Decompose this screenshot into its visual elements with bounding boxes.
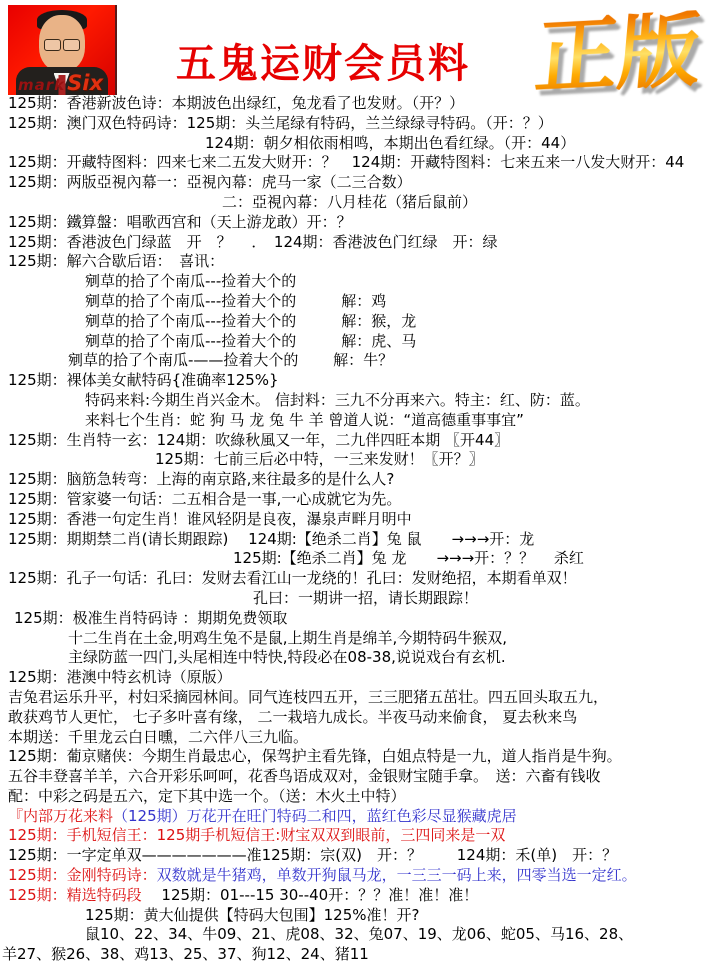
text-line: 125期：葡京赌侠：今期生肖最忠心，保驾护主看先锋，白姐点特是一九，道人指肖是牛… (0, 747, 725, 767)
text-segment: 125期：生肖特一玄：124期：吹綠秋風又一年，二九伴四旺本期 〖开44〗 (8, 431, 509, 449)
text-segment: 剜草的拾了个南瓜---捡着大个的 (85, 272, 296, 290)
glasses-right-lens (63, 39, 80, 51)
text-line: 125期：裸体美女献特码{准确率125%} (0, 371, 725, 391)
text-line: 125期：生肖特一玄：124期：吹綠秋風又一年，二九伴四旺本期 〖开44〗 (0, 431, 725, 451)
text-line: 125期：港澳中特玄机诗（原版） (0, 668, 725, 688)
text-segment: 125期：澳门双色特码诗：125期：头兰尾绿有特码，兰兰绿绿寻特码。（开：？） (8, 114, 553, 132)
photo-caption-six: Six (67, 71, 103, 95)
text-segment: 五谷丰登喜羊羊，六合开彩乐呵呵，花香鸟语成双对，金银财宝随手拿。 送：六畜有钱收 (8, 767, 601, 785)
text-segment: 125期：极准生肖特码诗 ：期期免费领取 (14, 609, 287, 627)
text-segment: （125期）万花开在旺门特码二和四，蓝红色彩尽显猴藏虎居 (113, 807, 517, 825)
text-line: 吉兔君运乐升平，村妇采摘园林间。同气连枝四五开，三三肥猪五茁壮。四五回头取五九， (0, 688, 725, 708)
text-segment: 孔曰：一期讲一招，请长期跟踪！ (253, 589, 478, 607)
text-line: 125期：期期禁二肖(请长期跟踪) 124期:【绝杀二肖】兔 鼠 →→→开：龙 (0, 530, 725, 550)
text-segment: 125期：解六合歇后语： 喜讯： (8, 252, 224, 270)
text-line: 剜草的拾了个南瓜---捡着大个的 解：虎、马 (0, 332, 725, 352)
text-line: 孔曰：一期讲一招，请长期跟踪！ (0, 589, 725, 609)
text-line: 『内部万花来料（125期）万花开在旺门特码二和四，蓝红色彩尽显猴藏虎居 (0, 807, 725, 827)
text-segment: 剜草的拾了个南瓜---捡着大个的 解：猴，龙 (85, 312, 416, 330)
text-segment: 125期：开藏特图料：四来七来二五发大财开：？ 124期：开藏特图料：七来五来一… (8, 153, 684, 171)
text-segment: 125期：两版亞視內幕一：亞視內幕：虎马一家（二三合数） (8, 173, 412, 191)
text-line: 敢获鸡节人更忙， 七子多叶喜有缘， 二一栽培九成长。半夜马动来偷食， 夏去秋来鸟 (0, 708, 725, 728)
photo-caption-mark: mark (18, 76, 65, 94)
text-segment: 剜草的拾了个南瓜---捡着大个的 解：虎、马 (85, 332, 416, 350)
text-segment: 配：中彩之码是五六，定下其中选一个。（送：木火土中特） (8, 787, 406, 805)
text-line: 125期：鐵算盤：唱歌西宫和（天上游龙敢）开：？ (0, 213, 725, 233)
text-line: 125期：香港新波色诗：本期波色出绿红，兔龙看了也发财。（开？） (0, 94, 725, 114)
text-segment: 125期：脑筋急转弯：上海的南京路,来往最多的是什么人? (8, 470, 394, 488)
page-title: 五鬼运财会员料 (176, 32, 470, 89)
content-lines: 125期：香港新波色诗：本期波色出绿红，兔龙看了也发财。（开？）125期：澳门双… (0, 94, 725, 965)
text-segment: 125期：手机短信王：125期手机短信王:财宝双双到眼前，三四同来是一双 (8, 826, 505, 844)
text-line: 本期送：千里龙云白日曛，二六伴八三九临。 (0, 728, 725, 748)
text-line: 125期：脑筋急转弯：上海的南京路,来往最多的是什么人? (0, 470, 725, 490)
text-segment: 125期：01---15 30--40开：？？准！准！准！ (142, 886, 479, 904)
text-line: 125期：香港一句定生肖！谁风轻阴是良夜，瀑泉声畔月明中 (0, 510, 725, 530)
text-line: 主绿防蓝一四门,头尾相连中特快,特段必在08-38,说说戏台有玄机. (0, 648, 725, 668)
text-line: 125期：香港波色门绿蓝 开 ？ ． 124期：香港波色门红绿 开：绿 (0, 233, 725, 253)
text-line: 125期：七前三后必中特，一三来发财！〖开？〗 (0, 450, 725, 470)
text-segment: 来料七个生肖：蛇 狗 马 龙 兔 牛 羊 曾道人说：“道高德重事事宜” (85, 411, 524, 429)
text-segment: 125期：葡京赌侠：今期生肖最忠心，保驾护主看先锋，白姐点特是一九，道人指肖是牛… (8, 747, 622, 765)
glasses-left-lens (44, 39, 61, 51)
text-segment: 125期:【绝杀二肖】兔 龙 →→→开：？？ 杀红 (233, 549, 584, 567)
text-segment: 125期：裸体美女献特码{准确率125%} (8, 371, 279, 389)
text-line: 125期：极准生肖特码诗 ：期期免费领取 (0, 609, 725, 629)
text-segment: 125期：金刚特码诗： (8, 866, 157, 884)
text-line: 鼠10、22、34、牛09、21、虎08、32、兔07、19、龙06、蛇05、马… (0, 925, 725, 945)
text-line: 剜草的拾了个南瓜---捡着大个的 解：鸡 (0, 292, 725, 312)
text-segment: 二：亞視內幕：八月桂花（猪后鼠前） (222, 193, 477, 211)
text-segment: 125期：香港新波色诗：本期波色出绿红，兔龙看了也发财。（开？） (8, 94, 464, 112)
text-segment: 特码来料:今期生肖兴金木。 信封料：三九不分再来六。特主：红、防：蓝。 (85, 391, 590, 409)
text-segment: 125期：七前三后必中特，一三来发财！〖开？〗 (155, 450, 484, 468)
text-line: 125期：手机短信王：125期手机短信王:财宝双双到眼前，三四同来是一双 (0, 826, 725, 846)
text-line: 剜草的拾了个南瓜-——捡着大个的 解：牛？ (0, 351, 725, 371)
text-segment: 125期：管家婆一句话：二五相合是一事,一心成就它为先。 (8, 490, 401, 508)
text-segment: 125期：精选特码段 (8, 886, 142, 904)
text-segment: 125期：香港一句定生肖！谁风轻阴是良夜，瀑泉声畔月明中 (8, 510, 412, 528)
text-segment: 125期：鐵算盤：唱歌西宫和（天上游龙敢）开：？ (8, 213, 352, 231)
text-segment: 十二生肖在土金,明鸡生兔不是鼠,上期生肖是绵羊,今期特码牛猴双, (68, 629, 507, 647)
text-segment: 125期：港澳中特玄机诗（原版） (8, 668, 232, 686)
text-segment: 125期：孔子一句话：孔曰：发财去看江山一龙绕的！孔曰：发财绝招，本期看单双！ (8, 569, 577, 587)
page: markSix 五鬼运财会员料 正版 125期：香港新波色诗：本期波色出绿红，兔… (0, 0, 725, 968)
text-segment: 主绿防蓝一四门,头尾相连中特快,特段必在08-38,说说戏台有玄机. (68, 648, 506, 666)
text-line: 配：中彩之码是五六，定下其中选一个。（送：木火土中特） (0, 787, 725, 807)
text-line: 125期：精选特码段 125期：01---15 30--40开：？？准！准！准！ (0, 886, 725, 906)
text-line: 来料七个生肖：蛇 狗 马 龙 兔 牛 羊 曾道人说：“道高德重事事宜” (0, 411, 725, 431)
text-line: 125期：两版亞視內幕一：亞視內幕：虎马一家（二三合数） (0, 173, 725, 193)
text-line: 羊27、猴26、38、鸡13、25、37、狗12、24、猪11 (0, 945, 725, 965)
text-segment: 吉兔君运乐升平，村妇采摘园林间。同气连枝四五开，三三肥猪五茁壮。四五回头取五九， (8, 688, 608, 706)
text-line: 特码来料:今期生肖兴金木。 信封料：三九不分再来六。特主：红、防：蓝。 (0, 391, 725, 411)
text-segment: 双数就是牛猪鸡，单数开狗鼠马龙，一三三一码上来，四零当选一定红。 (157, 866, 637, 884)
text-line: 剜草的拾了个南瓜---捡着大个的 解：猴，龙 (0, 312, 725, 332)
text-segment: 125期：期期禁二肖(请长期跟踪) 124期:【绝杀二肖】兔 鼠 →→→开：龙 (8, 530, 534, 548)
text-segment: 『内部万花来料 (8, 807, 113, 825)
portrait-photo: markSix (8, 5, 117, 95)
text-line: 124期：朝夕相依雨相鸣，本期出色看红绿。（开：44） (0, 134, 725, 154)
text-segment: 剜草的拾了个南瓜---捡着大个的 解：鸡 (85, 292, 386, 310)
text-line: 125期：澳门双色特码诗：125期：头兰尾绿有特码，兰兰绿绿寻特码。（开：？） (0, 114, 725, 134)
text-segment: 剜草的拾了个南瓜-——捡着大个的 解：牛？ (68, 351, 393, 369)
text-segment: 羊27、猴26、38、鸡13、25、37、狗12、24、猪11 (2, 945, 369, 963)
text-line: 125期：孔子一句话：孔曰：发财去看江山一龙绕的！孔曰：发财绝招，本期看单双！ (0, 569, 725, 589)
text-line: 125期：金刚特码诗：双数就是牛猪鸡，单数开狗鼠马龙，一三三一码上来，四零当选一… (0, 866, 725, 886)
text-segment: 本期送：千里龙云白日曛，二六伴八三九临。 (8, 728, 308, 746)
photo-caption: markSix (18, 71, 103, 95)
text-segment: 125期：香港波色门绿蓝 开 ？ ． 124期：香港波色门红绿 开：绿 (8, 233, 498, 251)
text-line: 125期：开藏特图料：四来七来二五发大财开：？ 124期：开藏特图料：七来五来一… (0, 153, 725, 173)
text-line: 125期:【绝杀二肖】兔 龙 →→→开：？？ 杀红 (0, 549, 725, 569)
genuine-watermark: 正版 (532, 10, 704, 100)
text-segment: 鼠10、22、34、牛09、21、虎08、32、兔07、19、龙06、蛇05、马… (85, 925, 633, 943)
text-line: 125期：解六合歇后语： 喜讯： (0, 252, 725, 272)
glasses-icon (42, 39, 82, 50)
text-line: 125期：黄大仙提供【特码大包围】125%准！开? (0, 906, 725, 926)
text-line: 五谷丰登喜羊羊，六合开彩乐呵呵，花香鸟语成双对，金银财宝随手拿。 送：六畜有钱收 (0, 767, 725, 787)
text-line: 二：亞視內幕：八月桂花（猪后鼠前） (0, 193, 725, 213)
text-segment: 124期：朝夕相依雨相鸣，本期出色看红绿。（开：44） (205, 134, 575, 152)
text-line: 十二生肖在土金,明鸡生兔不是鼠,上期生肖是绵羊,今期特码牛猴双, (0, 629, 725, 649)
text-segment: 敢获鸡节人更忙， 七子多叶喜有缘， 二一栽培九成长。半夜马动来偷食， 夏去秋来鸟 (8, 708, 577, 726)
text-segment: 125期：一字定单双———————准125期：宗(双) 开：？ 124期：禾(单… (8, 846, 617, 864)
text-segment: 125期：黄大仙提供【特码大包围】125%准！开? (85, 906, 419, 924)
text-line: 125期：管家婆一句话：二五相合是一事,一心成就它为先。 (0, 490, 725, 510)
text-line: 剜草的拾了个南瓜---捡着大个的 (0, 272, 725, 292)
text-line: 125期：一字定单双———————准125期：宗(双) 开：？ 124期：禾(单… (0, 846, 725, 866)
